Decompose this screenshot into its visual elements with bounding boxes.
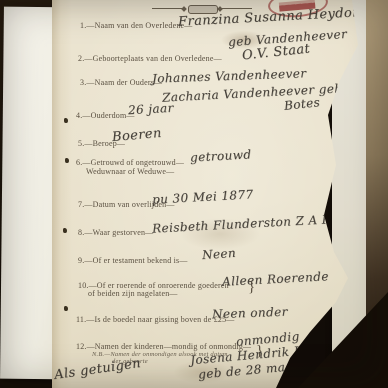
stitch-hole	[64, 306, 68, 311]
field-value-11: Neen onder	[212, 305, 288, 322]
stitch-hole	[64, 118, 68, 123]
field-label-2: 2.—Geboorteplaats van den Overledene—	[78, 54, 222, 63]
field-label-4: 4.—Ouderdom—	[76, 111, 135, 120]
field-label-6b: Weduwnaar of Weduwe—	[86, 167, 174, 176]
field-value-9: Neen	[202, 246, 237, 262]
field-label-11: 11.—Is de boedel naar gissing boven de £…	[76, 315, 235, 324]
page-bound-edge	[52, 0, 72, 388]
field-value-4: 26 jaar	[128, 101, 174, 117]
stitch-hole	[65, 158, 69, 163]
field-value-8: Reisbeth Flunderston Z A R	[152, 212, 332, 235]
page-block-edge	[366, 0, 388, 388]
stitch-hole	[63, 228, 67, 233]
field-label-10b: of beiden zijn nagelaten—	[88, 289, 178, 298]
field-label-9: 9.—Of er testament bekend is—	[78, 256, 188, 265]
field-value-6: getrouwd	[190, 147, 252, 164]
field-value-3c: Botes	[283, 95, 320, 113]
form-page: 1.—Naam van den Overledene— Franzina Sus…	[52, 0, 378, 388]
field-label-8: 8.—Waar gestorven—	[78, 228, 153, 237]
field-label-3: 3.—Naam der Ouders—	[80, 78, 162, 87]
field-value-3: Johannes Vandenheever	[152, 66, 307, 85]
document-photo: 1.—Naam van den Overledene— Franzina Sus…	[0, 0, 388, 388]
field-value-10: Alleen Roerende	[222, 269, 329, 289]
field-label-6: 6.—Getrouwd of ongetrouwd—	[76, 158, 184, 167]
ornament-line	[218, 8, 252, 9]
field-value-7: pu 30 Mei 1877	[152, 187, 254, 206]
field-value-5: Boeren	[111, 126, 162, 145]
field-label-1: 1.—Naam van den Overledene—	[80, 21, 192, 30]
